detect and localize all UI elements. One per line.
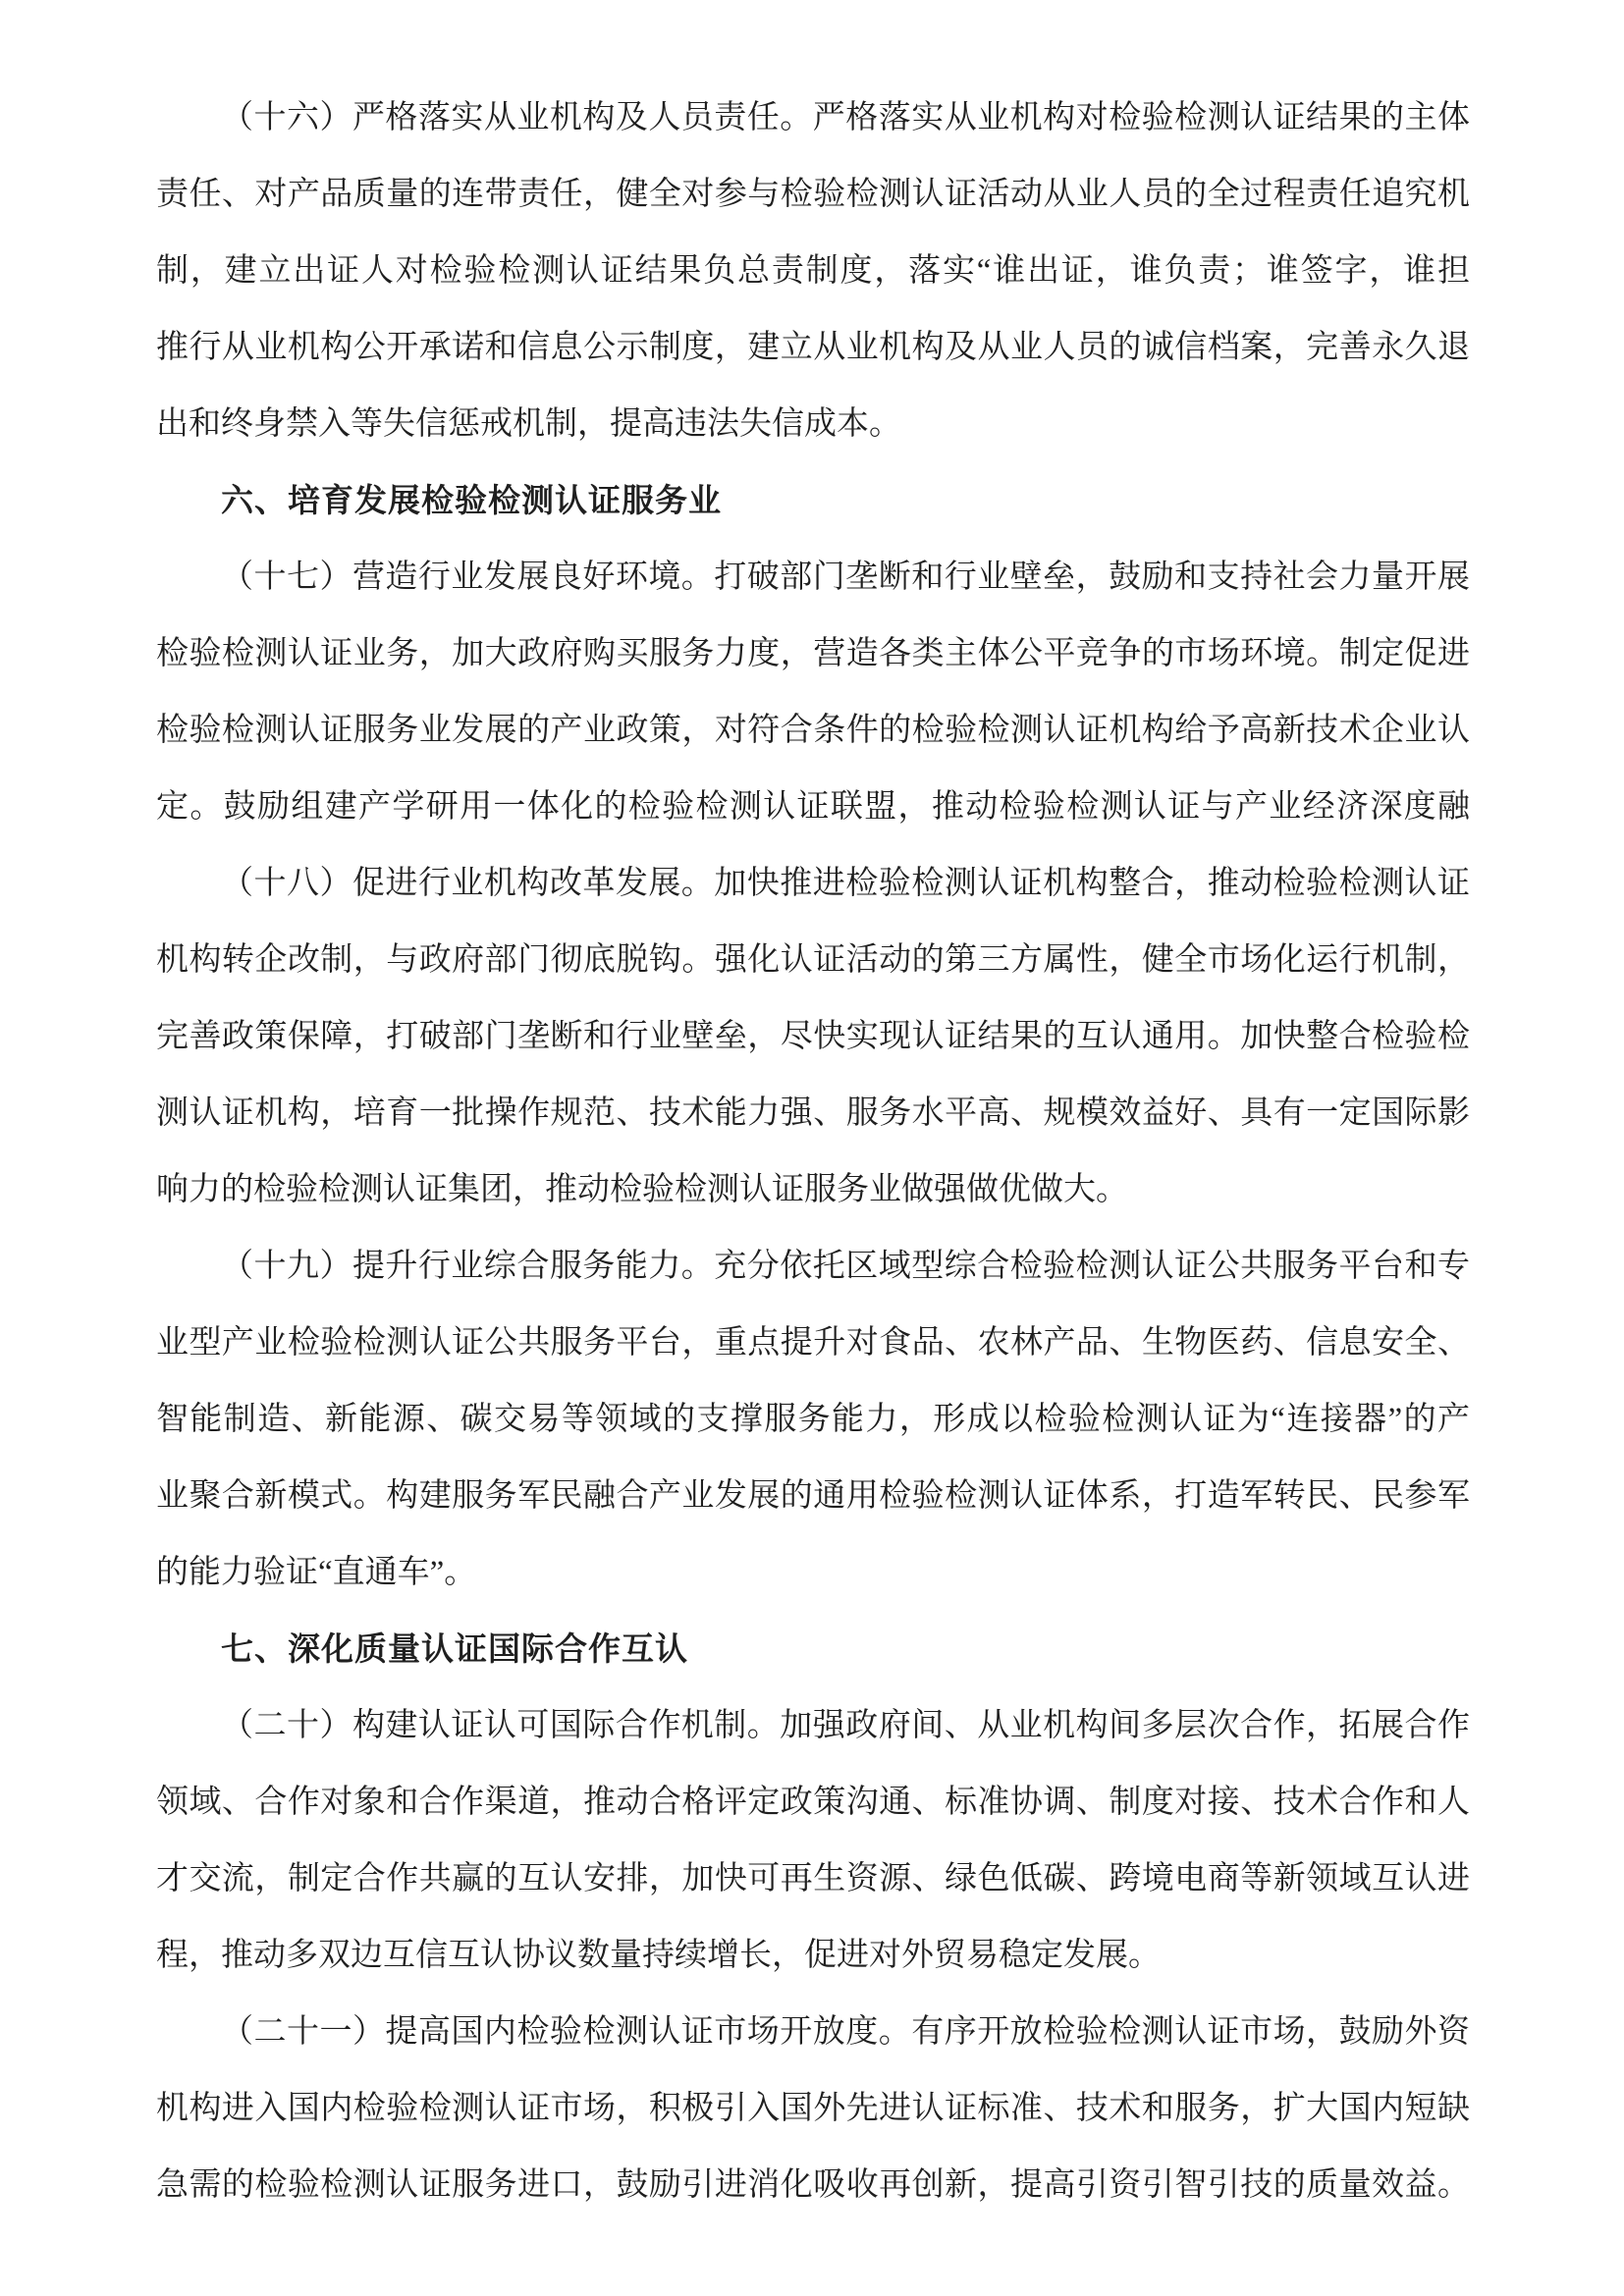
text-line: 定。鼓励组建产学研用一体化的检验检测认证联盟，推动检验检测认证与产业经济深度融合… [156,769,1470,845]
text-line: 检验检测认证服务业发展的产业政策，对符合条件的检验检测认证机构给予高新技术企业认 [156,692,1470,769]
document-page: （十六）严格落实从业机构及人员责任。严格落实从业机构对检验检测认证结果的主体责任… [0,0,1624,2296]
para-21: （二十一）提高国内检验检测认证市场开放度。有序开放检验检测认证市场，鼓励外资机构… [156,1994,1470,2223]
text-line: 推行从业机构公开承诺和信息公示制度，建立从业机构及从业人员的诚信档案，完善永久退 [156,309,1470,386]
text-line: 才交流，制定合作共赢的互认安排，加快可再生资源、绿色低碳、跨境电商等新领域互认进 [156,1841,1470,1917]
text-line: （十八）促进行业机构改革发展。加快推进检验检测认证机构整合，推动检验检测认证 [156,845,1470,922]
text-line: 制，建立出证人对检验检测认证结果负总责制度，落实“谁出证，谁负责；谁签字，谁担责… [156,233,1470,309]
text-line: 检验检测认证业务，加大政府购买服务力度，营造各类主体公平竞争的市场环境。制定促进 [156,615,1470,692]
para-18: （十八）促进行业机构改革发展。加快推进检验检测认证机构整合，推动检验检测认证机构… [156,845,1470,1228]
text-line: （二十）构建认证认可国际合作机制。加强政府间、从业机构间多层次合作，拓展合作 [156,1687,1470,1764]
text-line: 急需的检验检测认证服务进口，鼓励引进消化吸收再创新，提高引资引智引技的质量效益。 [156,2147,1470,2223]
heading-line: 六、培育发展检验检测认证服务业 [156,462,1470,539]
text-line: （二十一）提高国内检验检测认证市场开放度。有序开放检验检测认证市场，鼓励外资 [156,1994,1470,2070]
text-line: （十九）提升行业综合服务能力。充分依托区域型综合检验检测认证公共服务平台和专 [156,1228,1470,1305]
text-line: 机构进入国内检验检测认证市场，积极引入国外先进认证标准、技术和服务，扩大国内短缺 [156,2070,1470,2147]
text-line: 出和终身禁入等失信惩戒机制，提高违法失信成本。 [156,386,1470,462]
para-19: （十九）提升行业综合服务能力。充分依托区域型综合检验检测认证公共服务平台和专业型… [156,1228,1470,1611]
section-heading-6: 六、培育发展检验检测认证服务业 [156,462,1470,539]
heading-line: 七、深化质量认证国际合作互认 [156,1611,1470,1687]
section-heading-7: 七、深化质量认证国际合作互认 [156,1611,1470,1687]
text-line: （十七）营造行业发展良好环境。打破部门垄断和行业壁垒，鼓励和支持社会力量开展 [156,539,1470,615]
text-line: 领域、合作对象和合作渠道，推动合格评定政策沟通、标准协调、制度对接、技术合作和人 [156,1764,1470,1841]
para-17: （十七）营造行业发展良好环境。打破部门垄断和行业壁垒，鼓励和支持社会力量开展检验… [156,539,1470,845]
text-line: 的能力验证“直通车”。 [156,1534,1470,1611]
text-line: 机构转企改制，与政府部门彻底脱钩。强化认证活动的第三方属性，健全市场化运行机制， [156,922,1470,998]
text-line: 完善政策保障，打破部门垄断和行业壁垒，尽快实现认证结果的互认通用。加快整合检验检 [156,998,1470,1075]
text-line: 智能制造、新能源、碳交易等领域的支撑服务能力，形成以检验检测认证为“连接器”的产 [156,1381,1470,1458]
text-line: 业聚合新模式。构建服务军民融合产业发展的通用检验检测认证体系，打造军转民、民参军 [156,1458,1470,1534]
document-content: （十六）严格落实从业机构及人员责任。严格落实从业机构对检验检测认证结果的主体责任… [156,80,1470,2223]
text-line: 测认证机构，培育一批操作规范、技术能力强、服务水平高、规模效益好、具有一定国际影 [156,1075,1470,1151]
para-16: （十六）严格落实从业机构及人员责任。严格落实从业机构对检验检测认证结果的主体责任… [156,80,1470,462]
text-line: （十六）严格落实从业机构及人员责任。严格落实从业机构对检验检测认证结果的主体 [156,80,1470,156]
text-line: 程，推动多双边互信互认协议数量持续增长，促进对外贸易稳定发展。 [156,1917,1470,1994]
text-line: 责任、对产品质量的连带责任，健全对参与检验检测认证活动从业人员的全过程责任追究机 [156,156,1470,233]
text-line: 业型产业检验检测认证公共服务平台，重点提升对食品、农林产品、生物医药、信息安全、 [156,1305,1470,1381]
text-line: 响力的检验检测认证集团，推动检验检测认证服务业做强做优做大。 [156,1151,1470,1228]
para-20: （二十）构建认证认可国际合作机制。加强政府间、从业机构间多层次合作，拓展合作领域… [156,1687,1470,1994]
